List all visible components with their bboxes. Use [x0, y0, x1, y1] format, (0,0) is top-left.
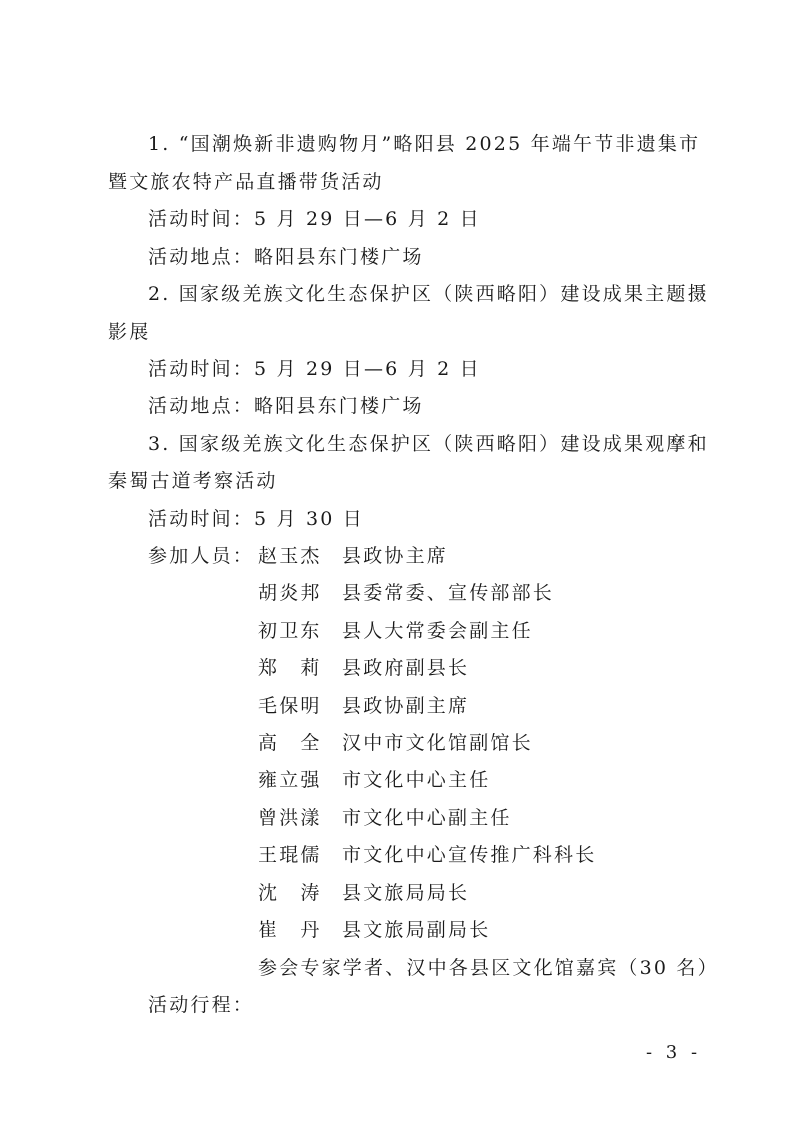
- participant-role: 市文化中心副主任: [342, 806, 512, 830]
- participant-name: 赵玉杰: [258, 544, 342, 568]
- participant-row: 崔 丹县文旅局副局长: [258, 918, 490, 942]
- participant-role: 县委常委、宣传部部长: [342, 581, 554, 605]
- item-1-title-line-1: 1. “国潮焕新非遗购物月”略阳县 2025 年端午节非遗集市: [148, 132, 748, 156]
- item-3-time: 活动时间：5 月 30 日: [148, 507, 748, 531]
- item-2-time: 活动时间：5 月 29 日—6 月 2 日: [148, 357, 748, 381]
- item-1-place: 活动地点：略阳县东门楼广场: [148, 245, 748, 269]
- participant-row: 高 全汉中市文化馆副馆长: [258, 731, 533, 755]
- item-2-title-line-1: 2. 国家级羌族文化生态保护区（陕西略阳）建设成果主题摄: [148, 282, 748, 306]
- item-2-title-line-2: 影展: [108, 320, 708, 344]
- participant-role: 县政协副主席: [342, 694, 469, 718]
- participant-role: 县人大常委会副主任: [342, 619, 533, 643]
- participant-row: 王琨儒市文化中心宣传推广科科长: [258, 843, 596, 867]
- participant-role: 县政协主席: [342, 544, 448, 568]
- participant-name: 胡炎邦: [258, 581, 342, 605]
- participant-row: 雍立强市文化中心主任: [258, 768, 490, 792]
- participant-role: 县政府副县长: [342, 656, 469, 680]
- participant-name: 初卫东: [258, 619, 342, 643]
- participant-row: 赵玉杰县政协主席: [258, 544, 448, 568]
- item-1-time: 活动时间：5 月 29 日—6 月 2 日: [148, 207, 748, 231]
- document-page: 1. “国潮焕新非遗购物月”略阳县 2025 年端午节非遗集市 暨文旅农特产品直…: [0, 0, 793, 1122]
- participant-row: 胡炎邦县委常委、宣传部部长: [258, 581, 554, 605]
- participant-row: 毛保明县政协副主席: [258, 694, 469, 718]
- participant-role: 市文化中心宣传推广科科长: [342, 843, 596, 867]
- participants-label: 参加人员：: [148, 544, 258, 568]
- participant-row: 曾洪漾市文化中心副主任: [258, 806, 512, 830]
- participant-role: 县文旅局副局长: [342, 918, 490, 942]
- participant-name: 雍立强: [258, 768, 342, 792]
- participants-extra: 参会专家学者、汉中各县区文化馆嘉宾（30 名）: [258, 956, 719, 980]
- participant-name: 王琨儒: [258, 843, 342, 867]
- participant-name: 郑 莉: [258, 656, 342, 680]
- participant-name: 沈 涛: [258, 881, 342, 905]
- participant-role: 县文旅局局长: [342, 881, 469, 905]
- page-number: - 3 -: [646, 1042, 701, 1064]
- item-2-place: 活动地点：略阳县东门楼广场: [148, 394, 748, 418]
- schedule-label: 活动行程：: [148, 993, 748, 1017]
- item-1-title-line-2: 暨文旅农特产品直播带货活动: [108, 170, 708, 194]
- item-3-title-line-1: 3. 国家级羌族文化生态保护区（陕西略阳）建设成果观摩和: [148, 432, 748, 456]
- participant-row: 郑 莉县政府副县长: [258, 656, 469, 680]
- participant-role: 汉中市文化馆副馆长: [342, 731, 533, 755]
- participant-role: 市文化中心主任: [342, 768, 490, 792]
- item-3-title-line-2: 秦蜀古道考察活动: [108, 469, 708, 493]
- participant-name: 曾洪漾: [258, 806, 342, 830]
- participant-name: 崔 丹: [258, 918, 342, 942]
- participant-name: 高 全: [258, 731, 342, 755]
- participant-row: 沈 涛县文旅局局长: [258, 881, 469, 905]
- participant-name: 毛保明: [258, 694, 342, 718]
- participant-row: 初卫东县人大常委会副主任: [258, 619, 533, 643]
